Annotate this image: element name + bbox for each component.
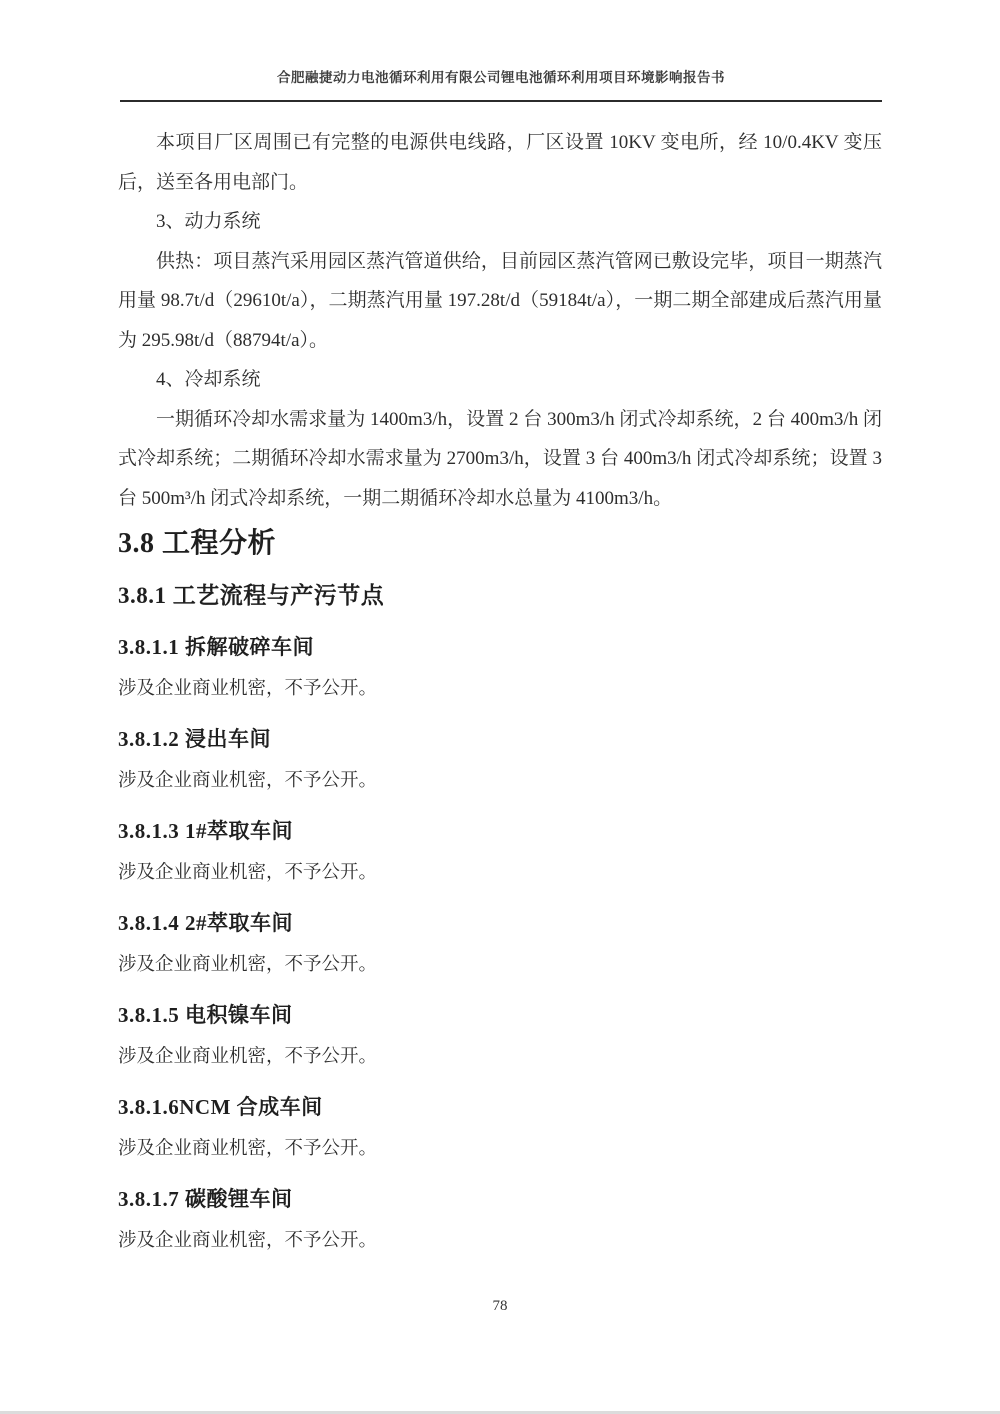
section-heading: 3.8.1.5 电积镍车间 (118, 1000, 882, 1030)
section-heading: 3.8.1.1 拆解破碎车间 (118, 632, 882, 662)
heading-3-8-engineering-analysis: 3.8 工程分析 (118, 526, 882, 562)
paragraph-heating: 供热：项目蒸汽采用园区蒸汽管道供给，目前园区蒸汽管网已敷设完毕，项目一期蒸汽用量… (118, 242, 882, 361)
list-item-cooling-system: 4、冷却系统 (118, 360, 882, 400)
section-extraction-1: 3.8.1.3 1#萃取车间 涉及企业商业机密，不予公开。 (118, 816, 882, 888)
section-dismantling-crushing: 3.8.1.1 拆解破碎车间 涉及企业商业机密，不予公开。 (118, 632, 882, 704)
paragraph-cooling: 一期循环冷却水需求量为 1400m3/h，设置 2 台 300m3/h 闭式冷却… (118, 400, 882, 519)
section-lithium-carbonate: 3.8.1.7 碳酸锂车间 涉及企业商业机密，不予公开。 (118, 1184, 882, 1256)
section-heading: 3.8.1.6NCM 合成车间 (118, 1092, 882, 1122)
section-confidential-note: 涉及企业商业机密，不予公开。 (118, 766, 882, 796)
section-heading: 3.8.1.2 浸出车间 (118, 724, 882, 754)
section-confidential-note: 涉及企业商业机密，不予公开。 (118, 1042, 882, 1072)
section-confidential-note: 涉及企业商业机密，不予公开。 (118, 1134, 882, 1164)
page-number: 78 (0, 1298, 1000, 1315)
section-nickel-electrowinning: 3.8.1.5 电积镍车间 涉及企业商业机密，不予公开。 (118, 1000, 882, 1072)
heading-3-8-1-process-flow: 3.8.1 工艺流程与产污节点 (118, 580, 882, 612)
section-heading: 3.8.1.7 碳酸锂车间 (118, 1184, 882, 1214)
running-head-title: 合肥融捷动力电池循环利用有限公司锂电池循环利用项目环境影响报告书 (120, 66, 882, 86)
document-page: 合肥融捷动力电池循环利用有限公司锂电池循环利用项目环境影响报告书 本项目厂区周围… (0, 0, 1000, 1414)
section-heading: 3.8.1.4 2#萃取车间 (118, 908, 882, 938)
section-confidential-note: 涉及企业商业机密，不予公开。 (118, 1226, 882, 1256)
section-heading: 3.8.1.3 1#萃取车间 (118, 816, 882, 846)
list-item-power-system: 3、动力系统 (118, 202, 882, 242)
section-ncm-synthesis: 3.8.1.6NCM 合成车间 涉及企业商业机密，不予公开。 (118, 1092, 882, 1164)
section-confidential-note: 涉及企业商业机密，不予公开。 (118, 674, 882, 704)
document-body: 本项目厂区周围已有完整的电源供电线路，厂区设置 10KV 变电所，经 10/0.… (118, 123, 882, 1256)
section-extraction-2: 3.8.1.4 2#萃取车间 涉及企业商业机密，不予公开。 (118, 908, 882, 980)
header-divider-rule (120, 100, 882, 102)
section-leaching: 3.8.1.2 浸出车间 涉及企业商业机密，不予公开。 (118, 724, 882, 796)
paragraph-power-supply: 本项目厂区周围已有完整的电源供电线路，厂区设置 10KV 变电所，经 10/0.… (118, 123, 882, 202)
section-confidential-note: 涉及企业商业机密，不予公开。 (118, 858, 882, 888)
section-confidential-note: 涉及企业商业机密，不予公开。 (118, 950, 882, 980)
